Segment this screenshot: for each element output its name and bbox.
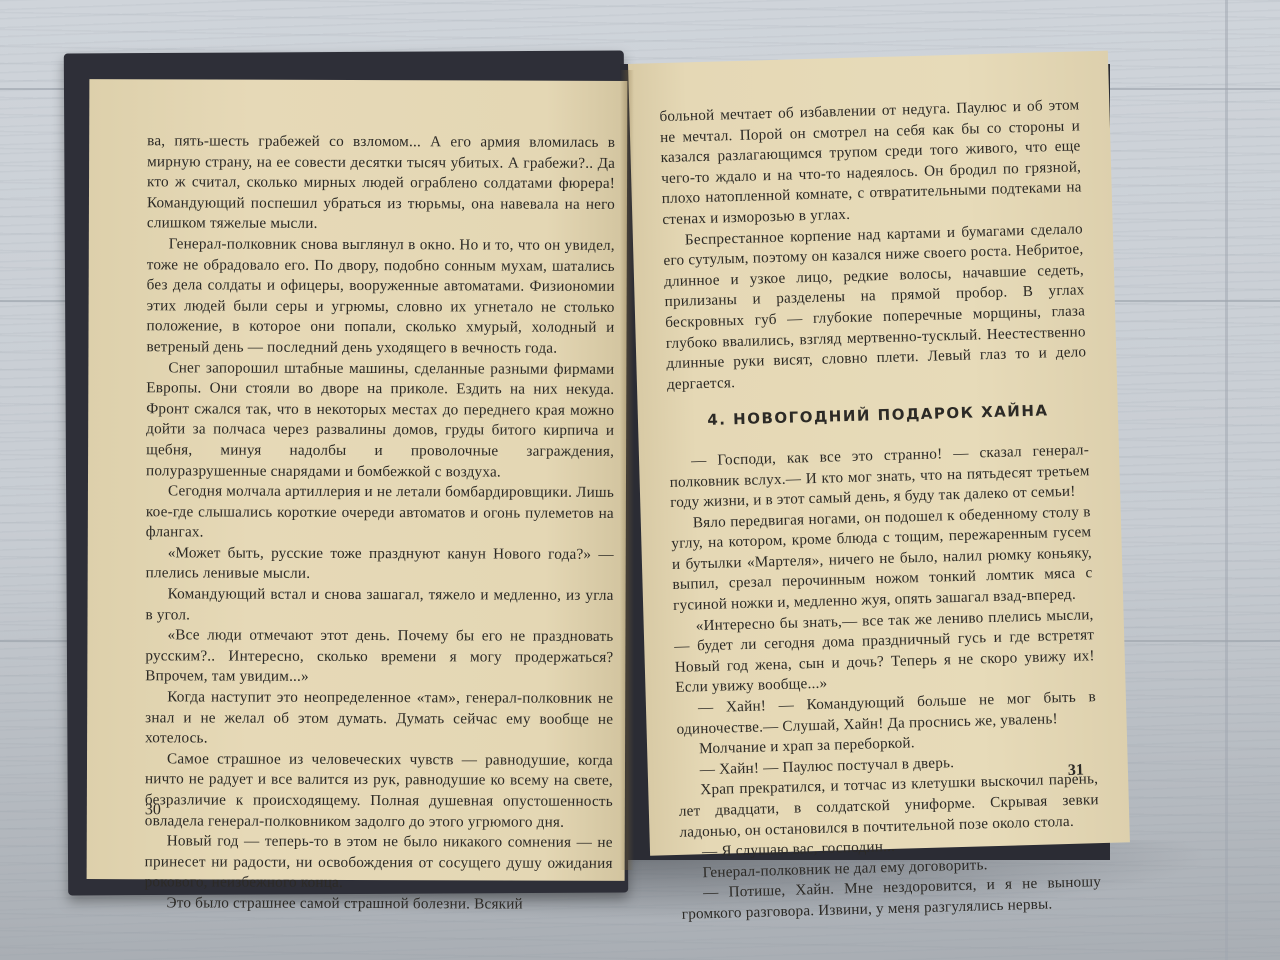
- paragraph: Самое страшное из человеческих чувств — …: [145, 749, 613, 833]
- paragraph: «Все люди отмечают этот день. Почему бы …: [145, 626, 613, 689]
- paragraph: Снег запорошил штабные машины, сделанные…: [146, 358, 614, 483]
- paragraph: Беспрестанное корпение над картами и бум…: [663, 219, 1087, 395]
- paragraph: Генерал-полковник снова выглянул в окно.…: [146, 234, 614, 359]
- right-page-text-before-heading: больной мечтает об избавлении от недуга.…: [659, 95, 1087, 395]
- paragraph: Новый год — теперь-то в этом не было ник…: [145, 831, 613, 894]
- right-page-text: больной мечтает об избавлении от недуга.…: [659, 95, 1102, 925]
- paragraph: Сегодня молчала артиллерия и не летали б…: [146, 481, 614, 544]
- paragraph: «Интересно бы знать,— все так же лениво …: [673, 605, 1095, 699]
- page-number-right: 31: [1068, 762, 1084, 780]
- right-page-text-after-heading: — Господи, как все это странно! — сказал…: [669, 440, 1102, 925]
- paragraph: — Господи, как все это странно! — сказал…: [669, 440, 1091, 513]
- paragraph: Когда наступит это неопределенное «там»,…: [145, 687, 613, 750]
- paragraph: Храп прекратился, и тотчас из клетушки в…: [678, 770, 1100, 843]
- left-page-text: ва, пять-шесть грабежей со взломом... А …: [144, 131, 615, 915]
- chapter-heading: 4. НОВОГОДНИЙ ПОДАРОК ХАЙНА: [668, 400, 1088, 432]
- table-plank-seam: [1225, 0, 1228, 960]
- left-page: ва, пять-шесть грабежей со взломом... А …: [87, 79, 628, 881]
- paragraph: Командующий встал и снова зашагал, тяжел…: [145, 584, 613, 627]
- paragraph: больной мечтает об избавлении от недуга.…: [659, 95, 1082, 230]
- right-page: больной мечтает об избавлении от недуга.…: [628, 51, 1130, 856]
- paragraph: Это было страшнее самой страшной болезни…: [144, 893, 612, 915]
- paragraph: «Может быть, русские тоже празднуют кану…: [146, 543, 614, 586]
- paragraph: ва, пять-шесть грабежей со взломом... А …: [147, 131, 615, 236]
- page-number-left: 30: [145, 801, 161, 819]
- paragraph: Вяло передвигая ногами, он подошел к обе…: [671, 502, 1094, 617]
- book-gutter: [620, 70, 634, 870]
